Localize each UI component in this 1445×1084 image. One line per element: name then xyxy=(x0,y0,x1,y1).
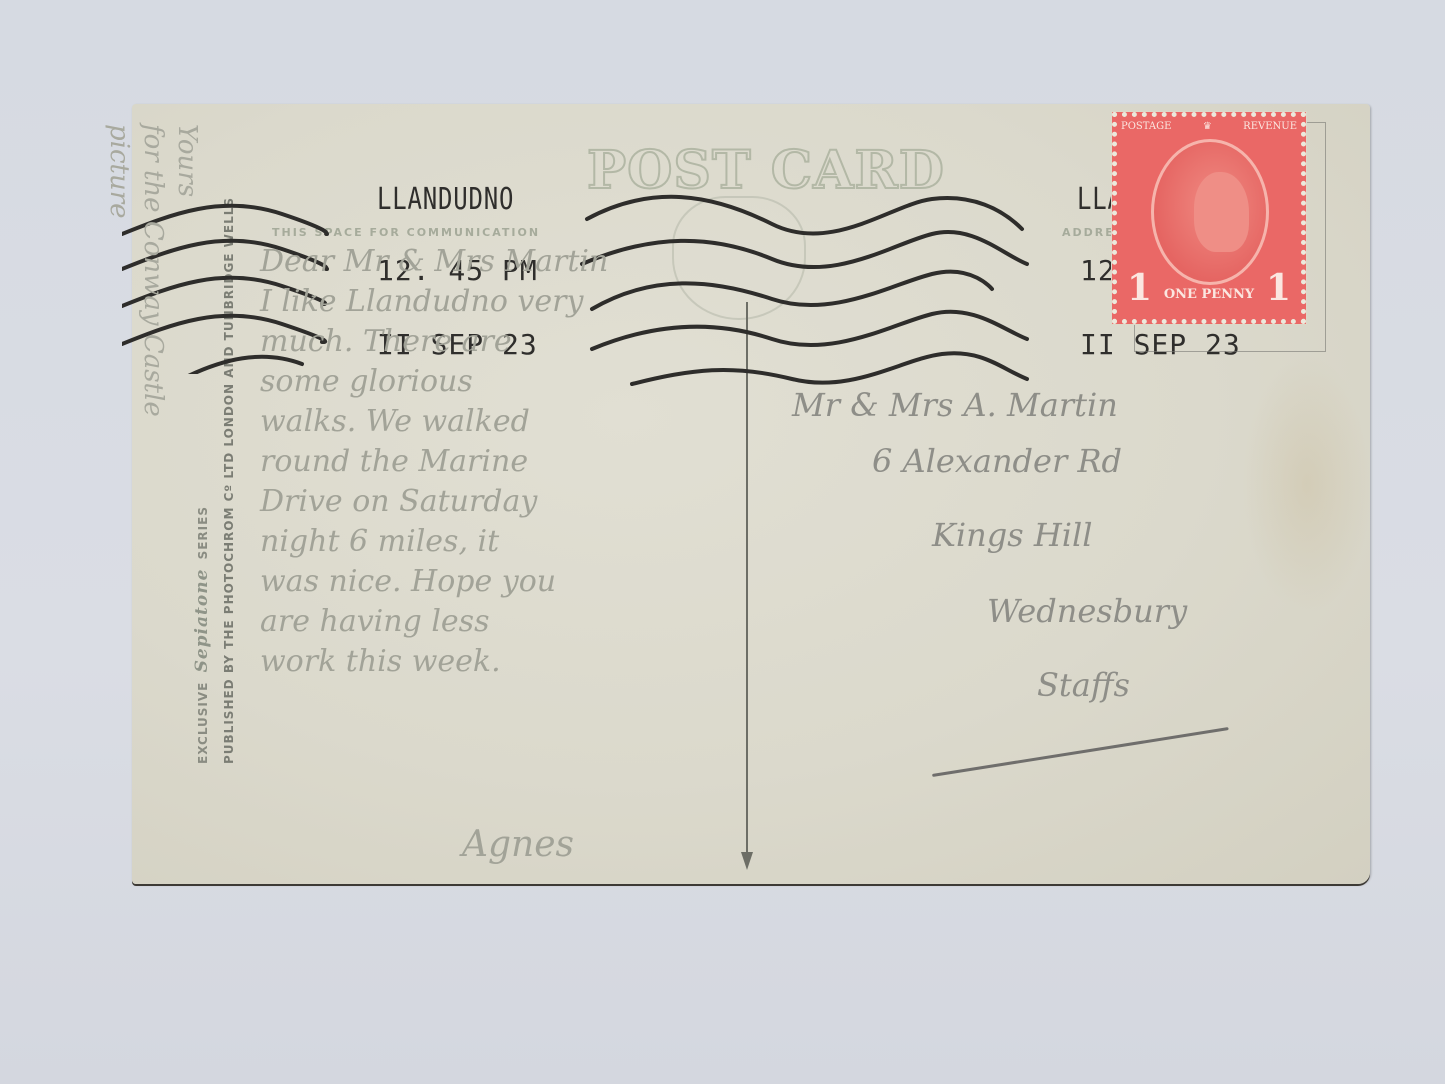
series-suffix: SERIES xyxy=(196,506,210,559)
king-head-portrait xyxy=(1194,172,1249,252)
message-line: much. There are xyxy=(260,322,608,362)
address-line: Kings Hill xyxy=(932,516,1092,554)
address-line: Mr & Mrs A. Martin xyxy=(792,386,1118,424)
king-portrait-oval xyxy=(1151,139,1269,285)
stamp-value-numeral: 1 xyxy=(1266,267,1291,309)
stamp-value-text: ONE PENNY xyxy=(1161,287,1257,302)
address-line: Wednesbury xyxy=(987,592,1187,630)
message-line: walks. We walked xyxy=(260,402,608,442)
message-line: Dear Mr & Mrs Martin xyxy=(260,242,608,282)
message-line: round the Marine xyxy=(260,442,608,482)
message-line: I like Llandudno very xyxy=(260,282,608,322)
address-line: 6 Alexander Rd xyxy=(872,442,1122,480)
series-brand: Sepiatone xyxy=(192,569,212,673)
paper-stain xyxy=(1242,354,1372,614)
message-line: some glorious xyxy=(260,362,608,402)
message-line: work this week. xyxy=(260,642,608,682)
margin-note-line: picture xyxy=(102,124,136,417)
message-line: was nice. Hope you xyxy=(260,562,608,602)
publisher-series: EXCLUSIVE Sepiatone SERIES xyxy=(192,506,212,764)
message-line: are having less xyxy=(260,602,608,642)
postage-stamp: POSTAGE ♛ REVENUE 1 1 ONE PENNY xyxy=(1112,112,1306,324)
margin-note: Yours for the Conway Castle picture xyxy=(102,124,204,417)
divider-tip xyxy=(741,852,753,870)
postcard-back: POST CARD THIS SPACE FOR COMMUNICATION A… xyxy=(132,104,1370,884)
margin-note-line: Yours xyxy=(170,124,204,417)
message-line: Drive on Saturday xyxy=(260,482,608,522)
address-line: Staffs xyxy=(1037,666,1130,704)
handwritten-message: Dear Mr & Mrs Martin I like Llandudno ve… xyxy=(260,242,608,682)
series-prefix: EXCLUSIVE xyxy=(196,682,210,764)
wavy-cancellation-center xyxy=(572,164,1052,394)
address-underline xyxy=(932,727,1229,777)
postmark-town: LLANDUDNO xyxy=(377,182,514,217)
stamp-revenue-label: REVENUE xyxy=(1243,121,1297,132)
message-line: night 6 miles, it xyxy=(260,522,608,562)
margin-note-line: for the Conway Castle xyxy=(136,124,170,417)
stamp-value-numeral: 1 xyxy=(1127,267,1152,309)
crown-icon: ♛ xyxy=(1203,121,1212,132)
stamp-postage-label: POSTAGE xyxy=(1121,121,1171,132)
signature: Agnes xyxy=(462,824,574,865)
stamp-header: POSTAGE ♛ REVENUE xyxy=(1121,121,1297,132)
